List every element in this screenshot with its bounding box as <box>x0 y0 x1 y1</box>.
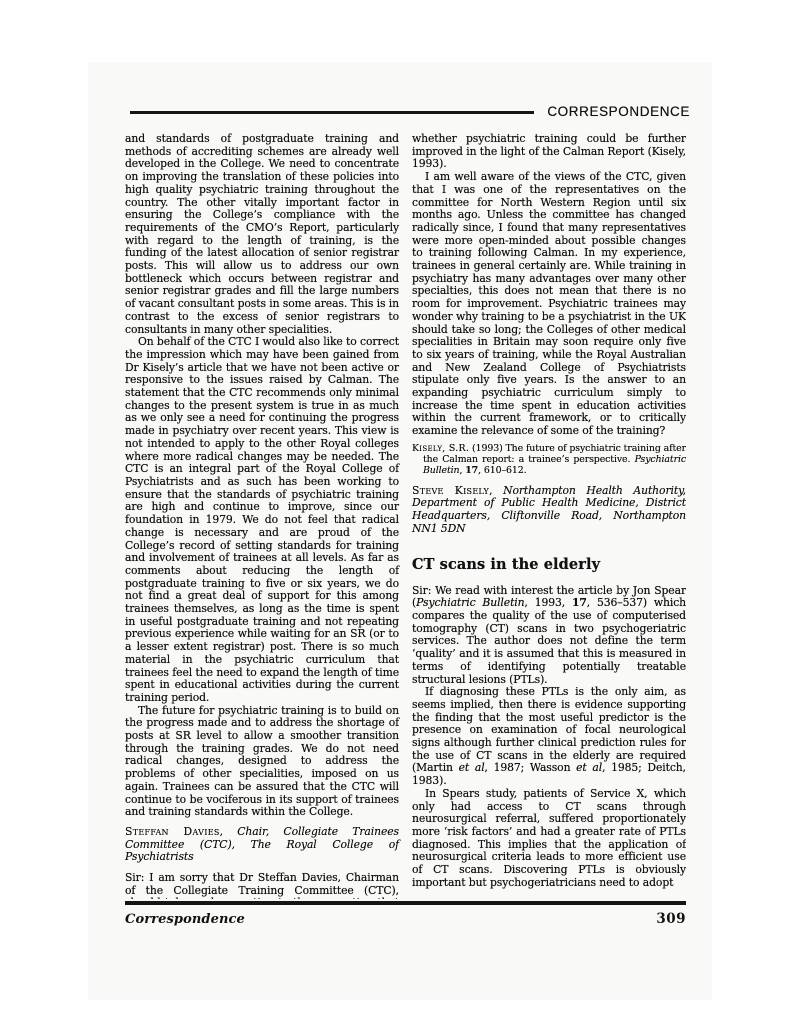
footer-journal-title: Correspondence <box>125 912 245 927</box>
paragraph: Sir: I am sorry that Dr Steffan Davies, … <box>125 872 399 899</box>
letter-signature: Steffan Davies, Chair, Collegiate Traine… <box>125 826 399 864</box>
paragraph: The future for psychiatric training is t… <box>125 705 399 819</box>
header-title: CORRESPONDENCE <box>547 104 690 119</box>
left-column: and standards of postgraduate training a… <box>125 133 399 899</box>
footer-page-number: 309 <box>656 911 686 927</box>
letter-signature: Steve Kisely, Northampton Health Authori… <box>412 485 686 536</box>
page-footer: Correspondence 309 <box>125 911 686 927</box>
two-column-text-block: and standards of postgraduate training a… <box>125 133 686 899</box>
letter-heading: CT scans in the elderly <box>412 556 686 573</box>
paragraph: In Spears study, patients of Service X, … <box>412 788 686 890</box>
page-header: CORRESPONDENCE <box>130 104 690 119</box>
paragraph: Sir: We read with interest the article b… <box>412 585 686 687</box>
paragraph: I am well aware of the views of the CTC,… <box>412 171 686 438</box>
paragraph: whether psychiatric training could be fu… <box>412 133 686 171</box>
right-column: whether psychiatric training could be fu… <box>412 133 686 899</box>
paragraph: and standards of postgraduate training a… <box>125 133 399 336</box>
paragraph: On behalf of the CTC I would also like t… <box>125 336 399 704</box>
header-rule <box>130 111 534 114</box>
footer-rule <box>125 901 686 905</box>
reference-entry: Kisely, S.R. (1993) The future of psychi… <box>412 443 686 477</box>
paragraph: If diagnosing these PTLs is the only aim… <box>412 686 686 788</box>
